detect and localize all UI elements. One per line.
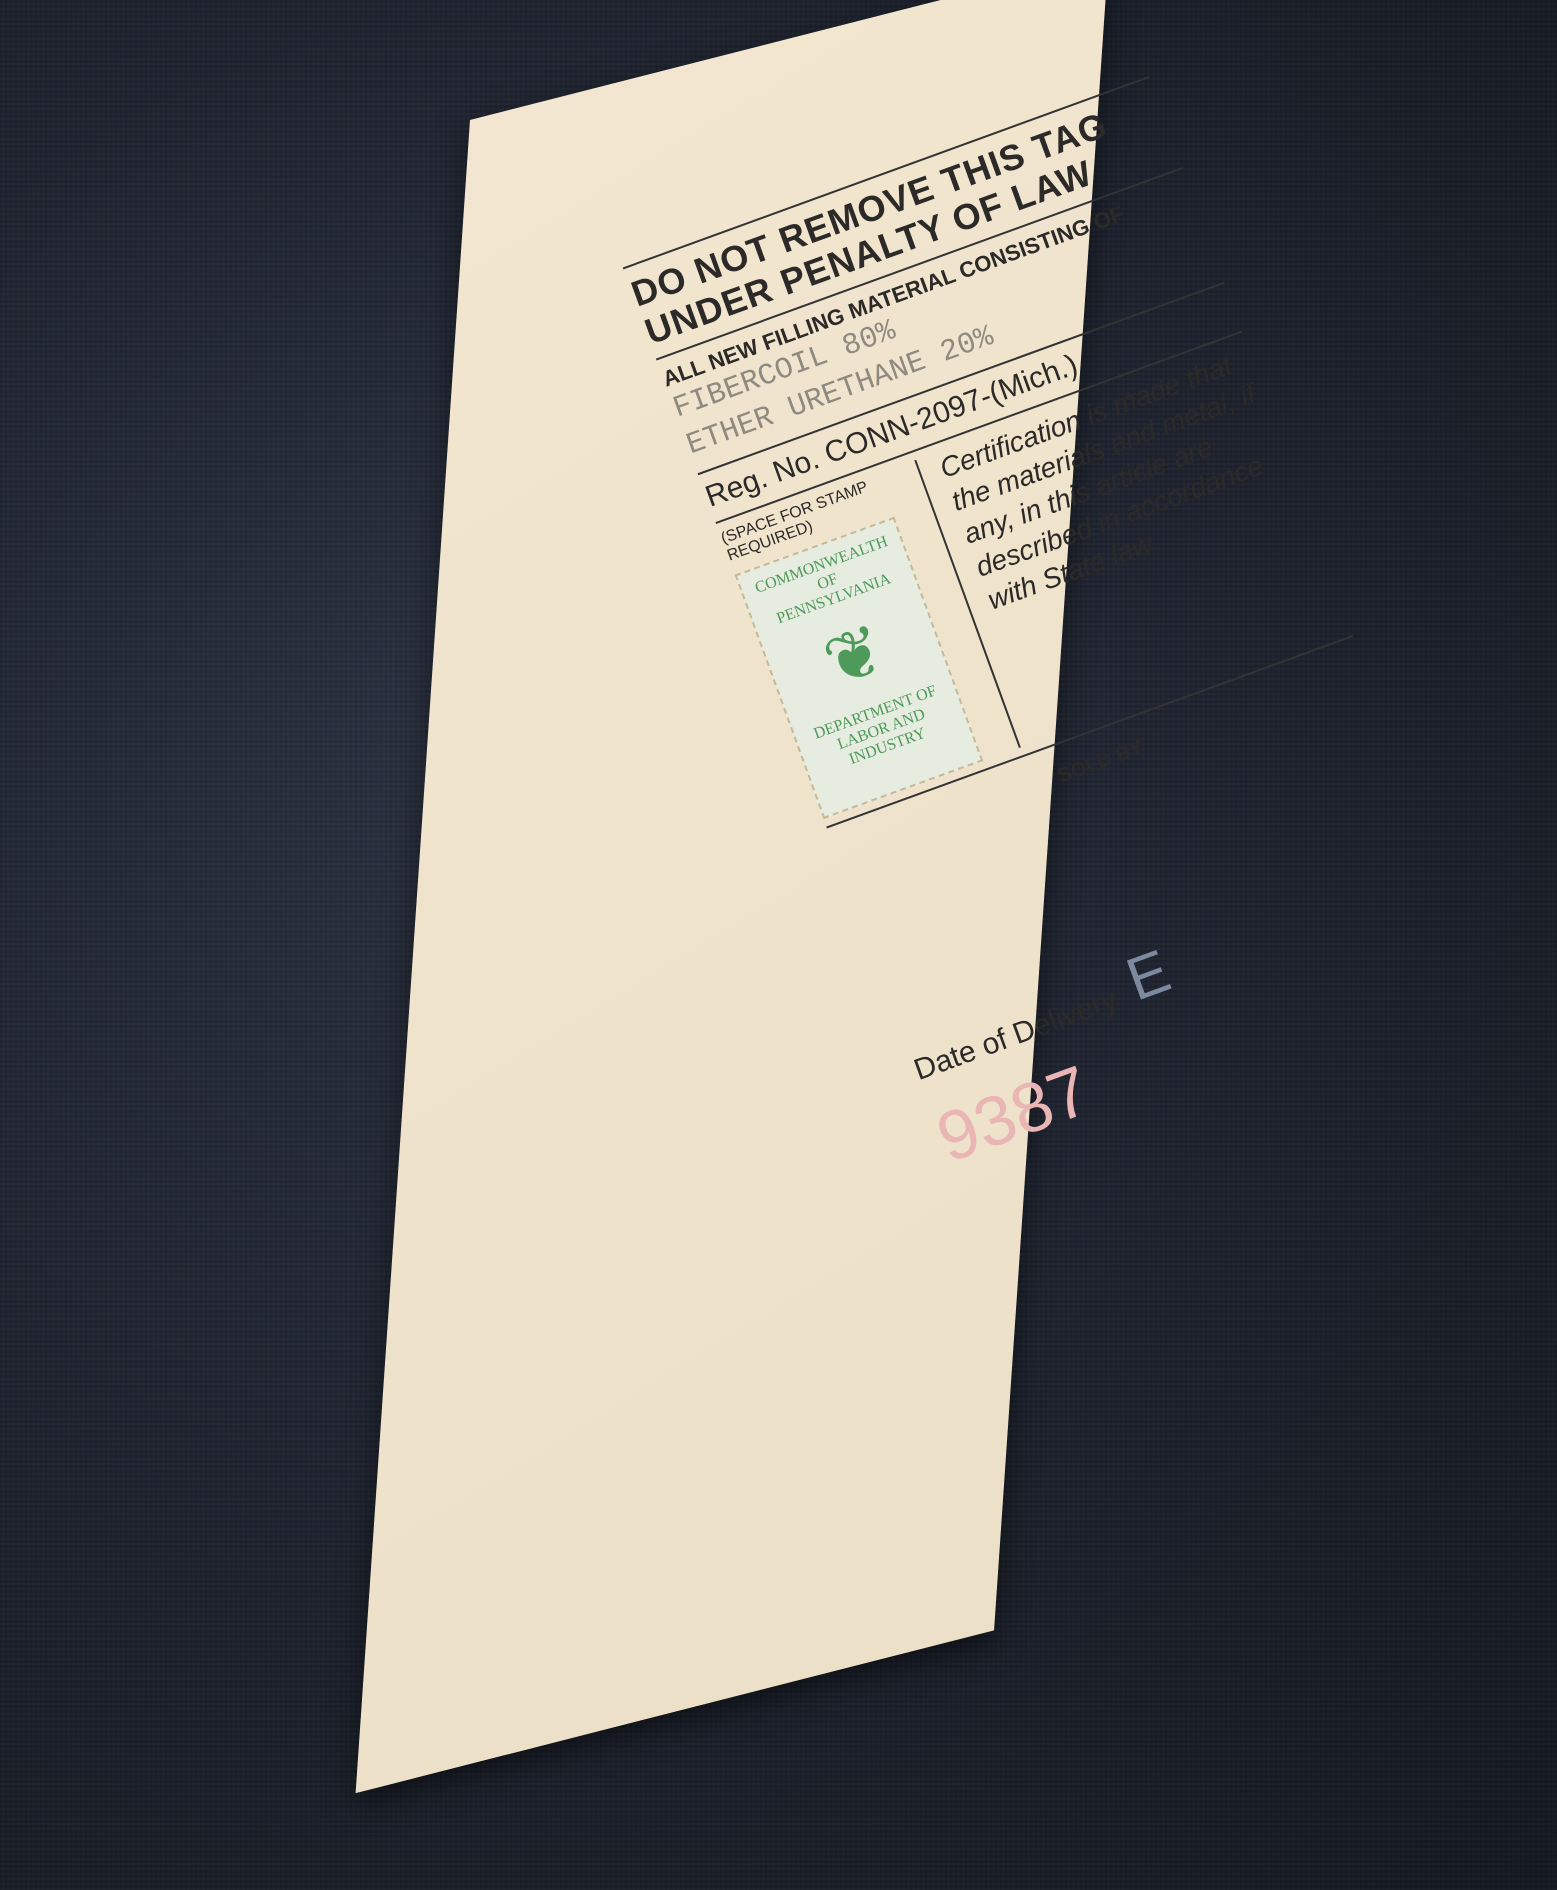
handwritten-initial: E	[1118, 937, 1179, 1014]
